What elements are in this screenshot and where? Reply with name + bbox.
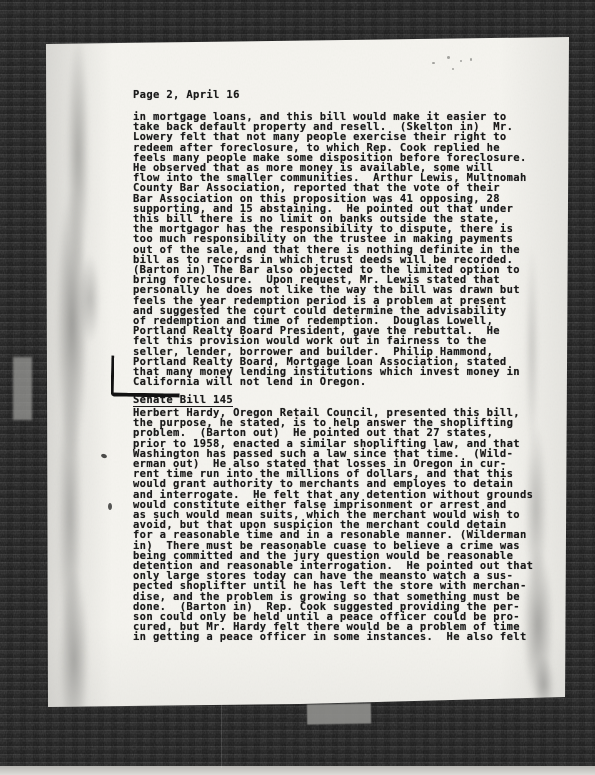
ink-speck [108,503,112,510]
dust-speck [460,60,462,62]
handwritten-margin-bracket [111,356,181,398]
scan-artifact-patch-bottom [307,703,371,724]
scanned-document: Page 2, April 16 in mortgage loans, and … [0,0,595,775]
scan-edge-strip [0,766,595,775]
scan-smudge-left [46,44,118,709]
dust-speck [432,62,435,64]
page-header: Page 2, April 16 [133,90,240,100]
dust-speck [452,68,454,70]
scan-artifact-line [221,700,222,768]
scan-artifact-patch-left [13,357,32,420]
paragraph-mortgage-bill: in mortgage loans, and this bill would m… [133,112,527,387]
paragraph-senate-bill-145: Herbert Hardy, Oregon Retail Council, pr… [133,408,533,643]
document-page: Page 2, April 16 in mortgage loans, and … [0,0,595,775]
dust-speck [447,56,450,59]
dust-speck [470,58,472,61]
